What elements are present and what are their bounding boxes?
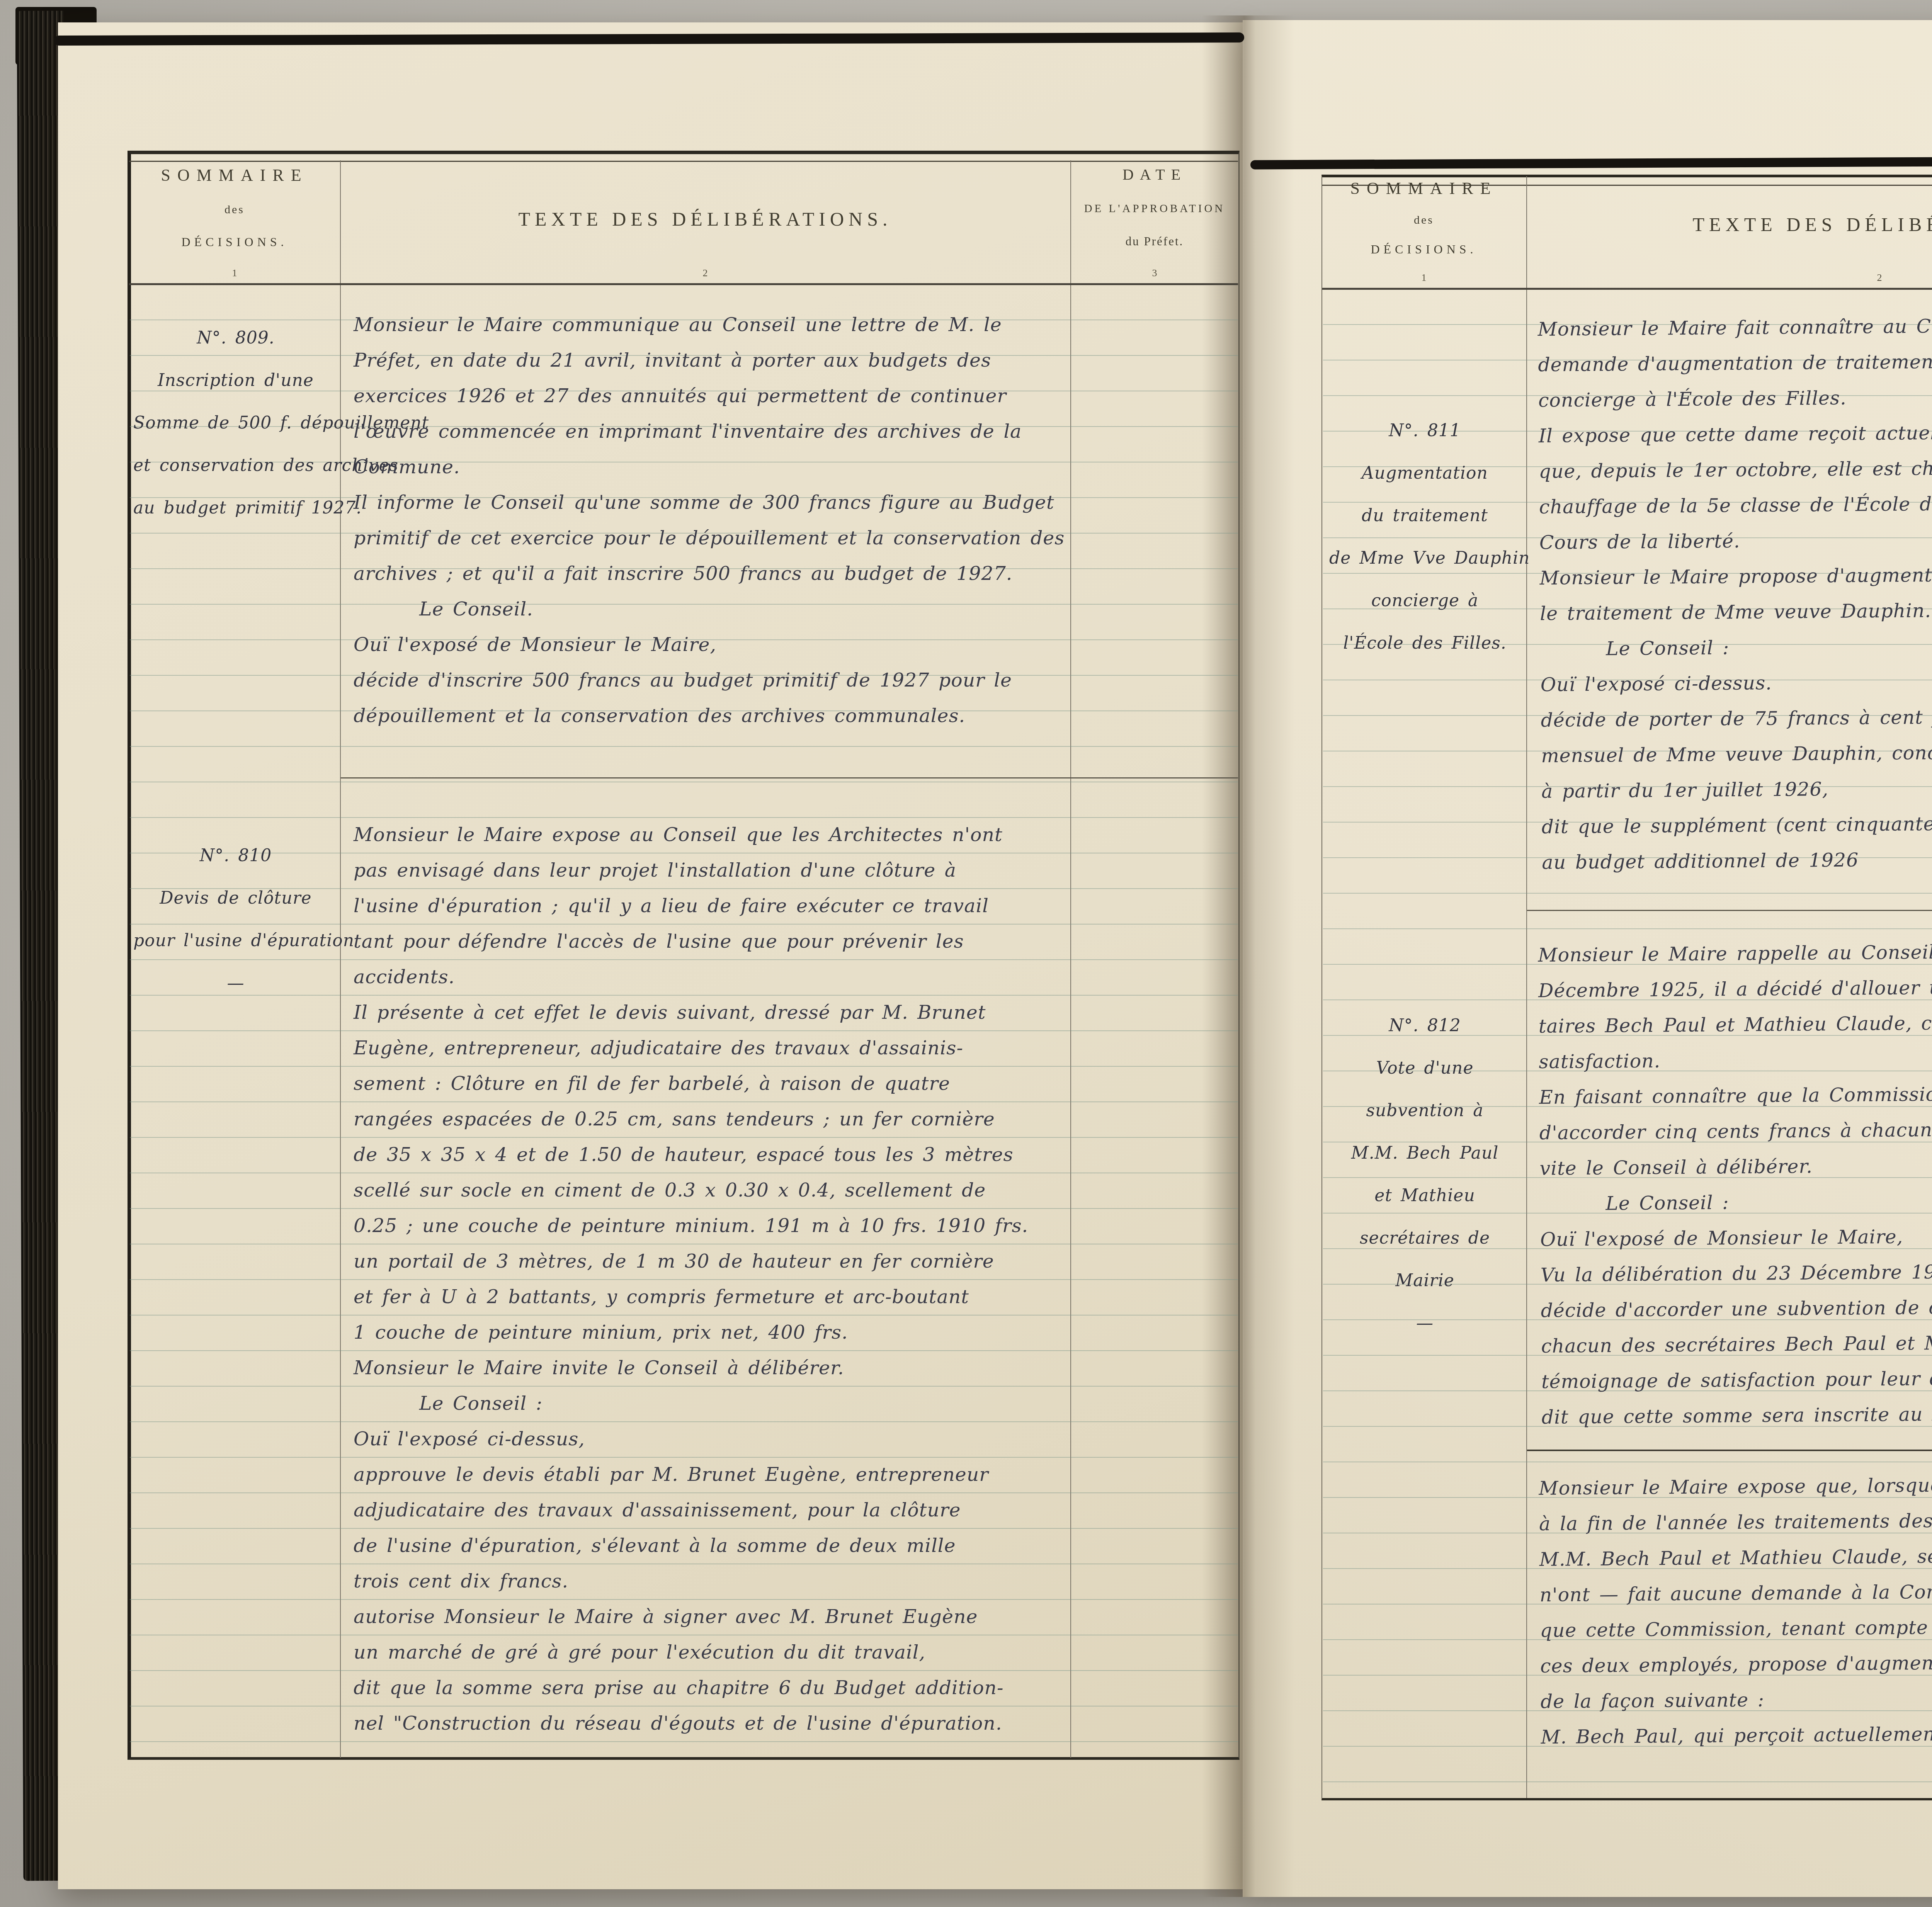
header-sommaire-label: SOMMAIRE: [1350, 178, 1497, 198]
handwritten-line: M.M. Bech Paul et Mathieu Claude, secrét…: [1539, 1536, 1932, 1577]
left-table-inner-top-rule: [129, 161, 1238, 162]
handwritten-line: Augmentation: [1329, 452, 1520, 495]
right-header-sommaire: SOMMAIRE des DÉCISIONS. 1: [1323, 178, 1525, 286]
handwritten-line: N°. 810: [133, 835, 338, 877]
handwritten-line: au budget primitif 1927.: [133, 487, 338, 529]
handwritten-line: accidents.: [354, 959, 1061, 995]
handwritten-line: adjudicataire des travaux d'assainisseme…: [354, 1492, 1061, 1528]
header-prefet-label: du Préfet.: [1126, 235, 1184, 248]
entry-811-812-divider: [1527, 910, 1932, 911]
handwritten-line: dit que cette somme sera inscrite au Bud…: [1541, 1394, 1932, 1435]
handwritten-line: l'œuvre commencée en imprimant l'inventa…: [354, 414, 1061, 449]
handwritten-line: approuve le devis établi par M. Brunet E…: [354, 1457, 1061, 1492]
handwritten-line: sement : Clôture en fil de fer barbelé, …: [354, 1066, 1061, 1101]
handwritten-line: de 35 x 35 x 4 et de 1.50 de hauteur, es…: [354, 1137, 1061, 1173]
left-header-texte: TEXTE DES DÉLIBÉRATIONS. 2: [341, 165, 1070, 281]
handwritten-line: Il expose que cette dame reçoit actuelle…: [1538, 413, 1932, 454]
handwritten-line: Le Conseil :: [354, 1386, 1061, 1421]
entry-812-text: Monsieur le Maire rappelle au Conseil qu…: [1538, 932, 1932, 1435]
header-decisions-label: DÉCISIONS.: [1371, 242, 1477, 257]
handwritten-line: Somme de 500 f. dépouillement: [133, 402, 338, 444]
header-des-label: des: [1414, 214, 1434, 227]
right-table-separator-1: [1526, 176, 1527, 1798]
handwritten-line: tant pour défendre l'accès de l'usine qu…: [354, 924, 1061, 959]
handwritten-line: vite le Conseil à délibérer.: [1539, 1146, 1932, 1186]
handwritten-line: ces deux employés, propose d'augmenter l…: [1540, 1643, 1932, 1684]
header-texte-label: TEXTE DES DÉLIBÉRATIONS.: [1692, 213, 1932, 236]
handwritten-line: mensuel de Mme veuve Dauphin, concierge …: [1541, 733, 1932, 774]
entry-810-summary: N°. 810Devis de clôturepour l'usine d'ép…: [133, 835, 338, 1004]
handwritten-line: En faisant connaître que la Commission d…: [1539, 1074, 1932, 1115]
continuation-text: Monsieur le Maire expose que, lorsque le…: [1539, 1465, 1932, 1755]
handwritten-line: nel "Construction du réseau d'égouts et …: [354, 1706, 1061, 1741]
left-header-date: DATE DE L'APPROBATION du Préfet. 3: [1071, 165, 1238, 281]
handwritten-line: pas envisagé dans leur projet l'installa…: [354, 853, 1061, 888]
handwritten-line: autorise Monsieur le Maire à signer avec…: [354, 1599, 1061, 1635]
handwritten-line: Le Conseil :: [1540, 1181, 1932, 1222]
handwritten-line: dépouillement et la conservation des arc…: [354, 698, 1061, 734]
handwritten-line: témoignage de satisfaction pour leur dév…: [1541, 1359, 1932, 1400]
left-table-separator-2: [1070, 160, 1071, 1758]
handwritten-line: satisfaction.: [1539, 1039, 1932, 1080]
handwritten-line: demande d'augmentation de traitement de …: [1538, 342, 1932, 383]
column-number-1: 1: [1422, 272, 1427, 284]
column-number-3: 3: [1152, 267, 1157, 279]
handwritten-line: taires Bech Paul et Mathieu Claude, comm…: [1538, 1003, 1932, 1044]
column-number-2: 2: [703, 267, 708, 279]
left-table-header-rule: [129, 283, 1238, 285]
handwritten-line: Ouï l'exposé ci-dessus.: [1540, 662, 1932, 703]
handwritten-line: Eugène, entrepreneur, adjudicataire des …: [354, 1030, 1061, 1066]
left-header-sommaire: SOMMAIRE des DÉCISIONS. 1: [129, 165, 340, 281]
handwritten-line: l'usine d'épuration ; qu'il y a lieu de …: [354, 888, 1061, 924]
handwritten-line: —: [133, 962, 338, 1004]
entry-811-text: Monsieur le Maire fait connaître au Cons…: [1537, 306, 1932, 880]
handwritten-line: pour l'usine d'épuration: [133, 920, 338, 962]
handwritten-line: Il informe le Conseil qu'une somme de 30…: [354, 485, 1061, 520]
handwritten-line: que, depuis le 1er octobre, elle est cha…: [1539, 449, 1932, 489]
column-number-1: 1: [232, 267, 237, 279]
handwritten-line: chacun des secrétaires Bech Paul et Math…: [1541, 1323, 1932, 1364]
handwritten-line: N°. 812: [1329, 1004, 1520, 1047]
right-header-texte: TEXTE DES DÉLIBÉRATIONS. 2: [1527, 178, 1932, 286]
handwritten-line: secrétaires de: [1329, 1217, 1520, 1259]
handwritten-line: Commune.: [354, 449, 1061, 485]
handwritten-line: à partir du 1er juillet 1926,: [1541, 768, 1932, 809]
header-decisions-label: DÉCISIONS.: [181, 235, 287, 249]
handwritten-line: Monsieur le Maire fait connaître au Cons…: [1537, 306, 1932, 347]
handwritten-line: Inscription d'une: [133, 359, 338, 402]
header-des-label: des: [224, 203, 245, 216]
handwritten-line: N°. 811: [1329, 410, 1520, 452]
header-approbation-label: DE L'APPROBATION: [1084, 202, 1225, 215]
handwritten-line: M. Bech Paul, qui perçoit actuellement 4…: [1541, 1714, 1932, 1755]
handwritten-line: 1 couche de peinture minium, prix net, 4…: [354, 1315, 1061, 1350]
handwritten-line: dit que le supplément (cent cinquante fr…: [1541, 804, 1932, 845]
handwritten-line: Monsieur le Maire expose que, lorsque le…: [1539, 1465, 1932, 1506]
handwritten-line: un portail de 3 mètres, de 1 m 30 de hau…: [354, 1244, 1061, 1279]
header-texte-label: TEXTE DES DÉLIBÉRATIONS.: [518, 208, 892, 230]
header-date-label: DATE: [1122, 165, 1187, 184]
handwritten-line: décide d'inscrire 500 francs au budget p…: [354, 663, 1061, 698]
register-scan: 216 SOMMAIRE des DÉCISIONS. 1 TEXTE DES …: [0, 0, 1932, 1907]
handwritten-line: décide d'accorder une subvention de cinq…: [1541, 1288, 1932, 1329]
handwritten-line: Ouï l'exposé de Monsieur le Maire,: [354, 627, 1061, 663]
handwritten-line: Il présente à cet effet le devis suivant…: [354, 995, 1061, 1030]
handwritten-line: Monsieur le Maire propose d'augmenter de…: [1539, 555, 1932, 596]
handwritten-line: Le Conseil :: [1540, 626, 1932, 667]
handwritten-line: du traitement: [1329, 495, 1520, 537]
handwritten-line: archives ; et qu'il a fait inscrire 500 …: [354, 556, 1061, 591]
handwritten-line: —: [1329, 1302, 1520, 1344]
entry-809-810-divider: [341, 777, 1238, 778]
handwritten-line: chauffage de la 5e classe de l'École des…: [1539, 484, 1932, 525]
handwritten-line: Vote d'une: [1329, 1047, 1520, 1089]
handwritten-line: Mairie: [1329, 1259, 1520, 1302]
handwritten-line: et Mathieu: [1329, 1174, 1520, 1217]
left-table-separator-1: [340, 160, 341, 1758]
handwritten-line: l'École des Filles.: [1329, 622, 1520, 665]
column-number-2: 2: [1877, 272, 1882, 284]
handwritten-line: Monsieur le Maire expose au Conseil que …: [354, 817, 1061, 853]
handwritten-line: Cours de la liberté.: [1539, 520, 1932, 561]
handwritten-line: d'accorder cinq cents francs à chacun de…: [1539, 1110, 1932, 1151]
entry-811-summary: N°. 811Augmentationdu traitementde Mme V…: [1329, 410, 1520, 665]
handwritten-line: Le Conseil.: [354, 591, 1061, 627]
handwritten-line: Devis de clôture: [133, 877, 338, 920]
handwritten-line: Monsieur le Maire communique au Conseil …: [354, 307, 1061, 343]
handwritten-line: de la façon suivante :: [1540, 1679, 1932, 1720]
handwritten-line: 0.25 ; une couche de peinture minium. 19…: [354, 1208, 1061, 1244]
handwritten-line: que cette Commission, tenant compte des …: [1540, 1608, 1932, 1649]
handwritten-line: primitif de cet exercice pour le dépouil…: [354, 520, 1061, 556]
handwritten-line: de l'usine d'épuration, s'élevant à la s…: [354, 1528, 1061, 1564]
handwritten-line: M.M. Bech Paul: [1329, 1132, 1520, 1174]
handwritten-line: Monsieur le Maire invite le Conseil à dé…: [354, 1350, 1061, 1386]
handwritten-line: trois cent dix francs.: [354, 1564, 1061, 1599]
handwritten-line: Ouï l'exposé ci-dessus,: [354, 1421, 1061, 1457]
entry-812-end-divider: [1527, 1450, 1932, 1451]
handwritten-line: et conservation des archives: [133, 444, 338, 487]
handwritten-line: et fer à U à 2 battants, y compris ferme…: [354, 1279, 1061, 1315]
entry-810-text: Monsieur le Maire expose au Conseil que …: [354, 817, 1061, 1741]
handwritten-line: au budget additionnel de 1926: [1542, 840, 1932, 880]
handwritten-line: le traitement de Mme veuve Dauphin.: [1540, 591, 1932, 632]
handwritten-line: scellé sur socle en ciment de 0.3 x 0.30…: [354, 1173, 1061, 1208]
handwritten-line: Décembre 1925, il a décidé d'allouer une…: [1538, 968, 1932, 1009]
handwritten-line: n'ont — fait aucune demande à la Commiss…: [1539, 1572, 1932, 1613]
handwritten-line: rangées espacées de 0.25 cm, sans tendeu…: [354, 1101, 1061, 1137]
entry-809-text: Monsieur le Maire communique au Conseil …: [354, 307, 1061, 734]
handwritten-line: à la fin de l'année les traitements des …: [1539, 1501, 1932, 1542]
handwritten-line: de Mme Vve Dauphin: [1329, 537, 1520, 580]
handwritten-line: exercices 1926 et 27 des annuités qui pe…: [354, 378, 1061, 414]
handwritten-line: N°. 809.: [133, 317, 338, 359]
entry-809-summary: N°. 809.Inscription d'uneSomme de 500 f.…: [133, 317, 338, 529]
handwritten-line: concierge à: [1329, 580, 1520, 622]
handwritten-line: Ouï l'exposé de Monsieur le Maire,: [1540, 1217, 1932, 1258]
handwritten-line: subvention à: [1329, 1089, 1520, 1132]
header-sommaire-label: SOMMAIRE: [161, 165, 308, 185]
handwritten-line: Monsieur le Maire rappelle au Conseil qu…: [1538, 932, 1932, 973]
handwritten-line: un marché de gré à gré pour l'exécution …: [354, 1635, 1061, 1670]
handwritten-line: dit que la somme sera prise au chapitre …: [354, 1670, 1061, 1706]
handwritten-line: concierge à l'École des Filles.: [1538, 377, 1932, 418]
handwritten-line: Préfet, en date du 21 avril, invitant à …: [354, 343, 1061, 378]
handwritten-line: décide de porter de 75 francs à cent fra…: [1541, 697, 1932, 738]
right-table-header-rule: [1322, 288, 1932, 290]
entry-812-summary: N°. 812Vote d'unesubvention àM.M. Bech P…: [1329, 1004, 1520, 1344]
handwritten-line: Vu la délibération du 23 Décembre 1925,: [1540, 1252, 1932, 1293]
